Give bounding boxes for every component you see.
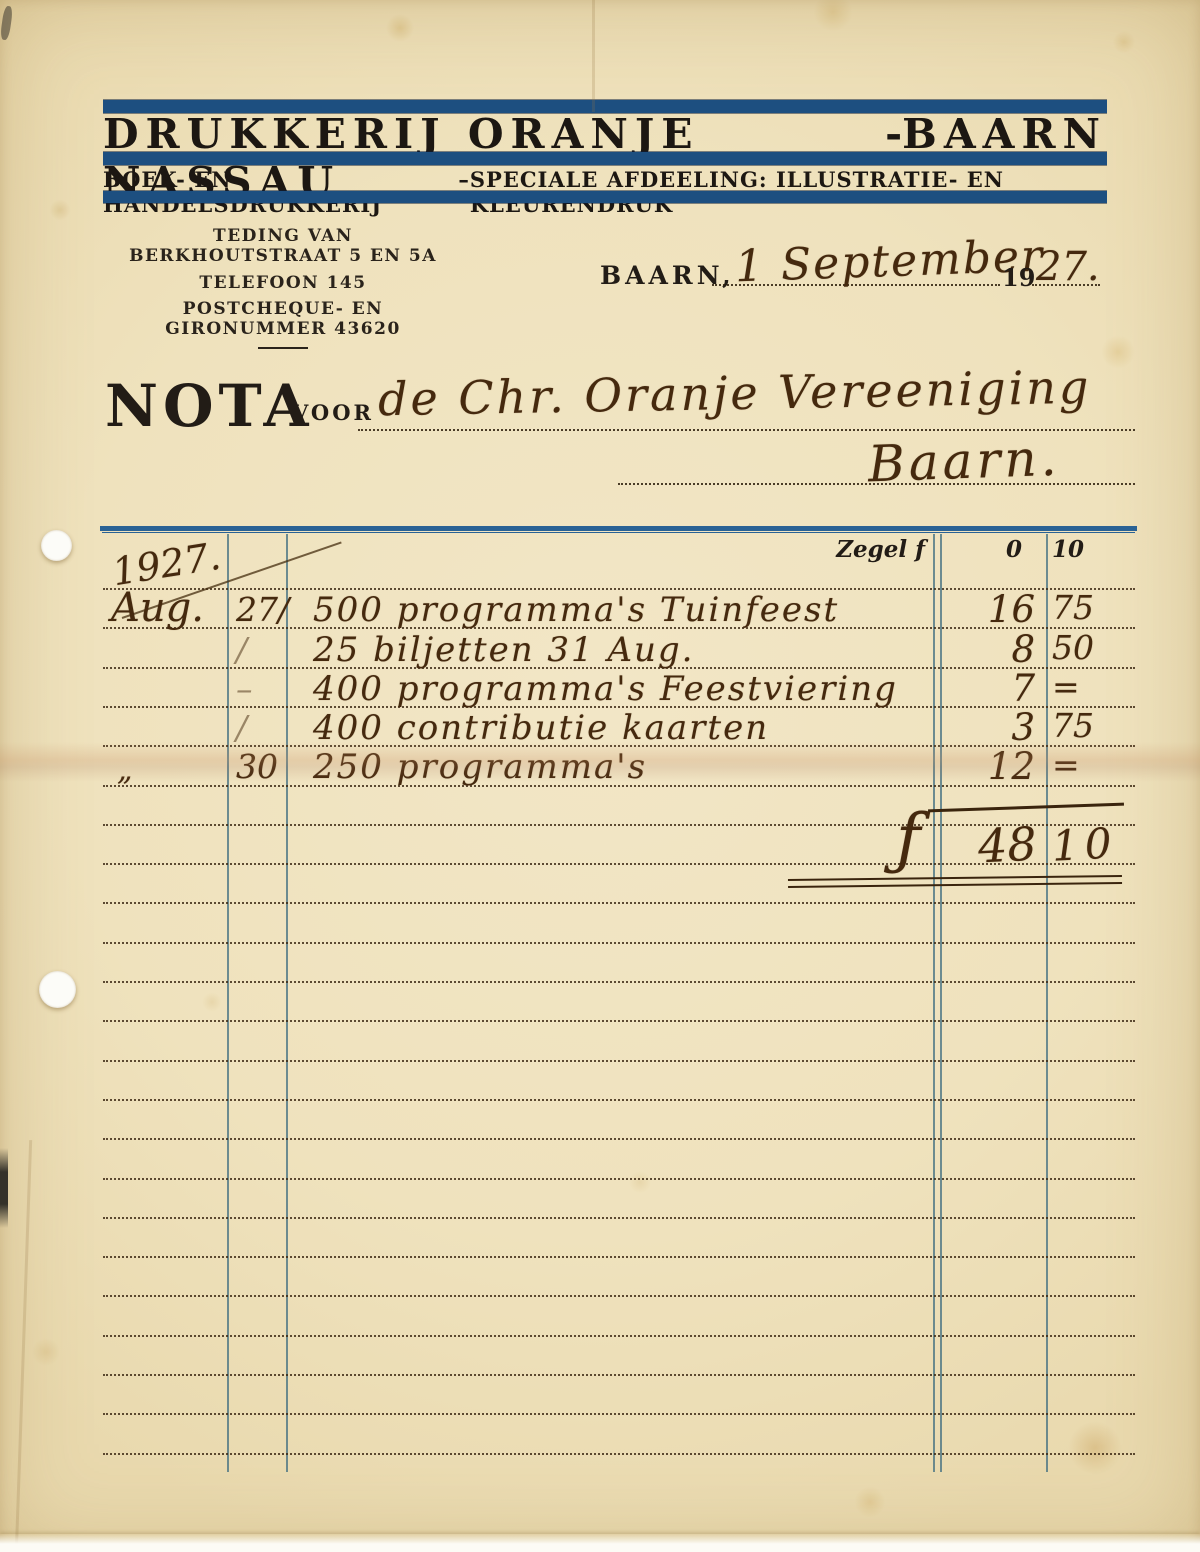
ruled-dotted-line	[103, 1374, 1135, 1376]
ruled-dotted-line	[103, 1217, 1135, 1219]
total-rule-above	[928, 803, 1124, 812]
ruled-dotted-line	[103, 1138, 1135, 1140]
punch-hole-top	[41, 530, 72, 561]
subtitle-dash: –	[458, 167, 470, 192]
ruled-dotted-line	[103, 1060, 1135, 1062]
handwritten-date: 1 September	[734, 231, 1045, 293]
ruled-dotted-line	[103, 1413, 1135, 1415]
giro-line: POSTCHEQUE- EN GIRONUMMER 43620	[103, 299, 463, 339]
left-edge-shadow	[0, 1148, 8, 1228]
phone-line: TELEFOON 145	[103, 273, 463, 293]
contact-block: TEDING VAN BERKHOUTSTRAAT 5 EN 5A TELEFO…	[103, 226, 463, 349]
ruled-dotted-line	[103, 1335, 1135, 1337]
top-left-edge-mark	[0, 6, 13, 41]
letterhead-middle-bar	[103, 152, 1107, 165]
zegel-guilders: 0	[938, 536, 1022, 563]
ruled-dotted-line	[103, 902, 1135, 904]
zegel-cents: 10	[1052, 536, 1084, 563]
total-cents: 10	[1051, 818, 1119, 870]
total-currency-sign: ƒ	[896, 800, 920, 877]
punch-hole-bottom	[39, 971, 76, 1008]
zegel-label: Zegel f	[780, 536, 925, 563]
ruled-dotted-line	[103, 1178, 1135, 1180]
crease-stain-band	[0, 742, 1200, 782]
company-city: BAARN	[902, 110, 1107, 158]
letterhead-bottom-bar	[103, 191, 1107, 203]
fold-crease-top	[592, 0, 595, 112]
address-line: TEDING VAN BERKHOUTSTRAAT 5 EN 5A	[103, 226, 463, 266]
ruled-dotted-line	[103, 981, 1135, 983]
ruled-dotted-line	[103, 1453, 1135, 1455]
client-city-handwritten: Baarn.	[867, 429, 1061, 494]
table-top-rule	[100, 526, 1137, 531]
scan-bottom-edge	[0, 1534, 1200, 1552]
invoice-scan: DRUKKERIJ ORANJE NASSAU - BAARN BOEK- EN…	[0, 0, 1200, 1552]
total-guilders: 48	[977, 817, 1038, 874]
masthead-subtitle: BOEK- EN HANDELSDRUKKERIJ – SPECIALE AFD…	[103, 167, 1107, 189]
year-handwritten: 27.	[1036, 244, 1100, 290]
ruled-dotted-line	[103, 1020, 1135, 1022]
ruled-dotted-line	[103, 1099, 1135, 1101]
fold-crease-left	[15, 1140, 32, 1552]
year-printed: 19	[1002, 263, 1035, 292]
ruled-dotted-line	[103, 1295, 1135, 1297]
masthead: DRUKKERIJ ORANJE NASSAU - BAARN	[103, 110, 1107, 152]
contact-rule	[258, 347, 308, 349]
nota-title: NOTA	[105, 372, 314, 440]
masthead-dash: -	[885, 110, 902, 158]
ruled-dotted-line	[103, 1256, 1135, 1258]
ruled-dotted-line	[103, 942, 1135, 944]
total-double-underline	[788, 875, 1122, 888]
